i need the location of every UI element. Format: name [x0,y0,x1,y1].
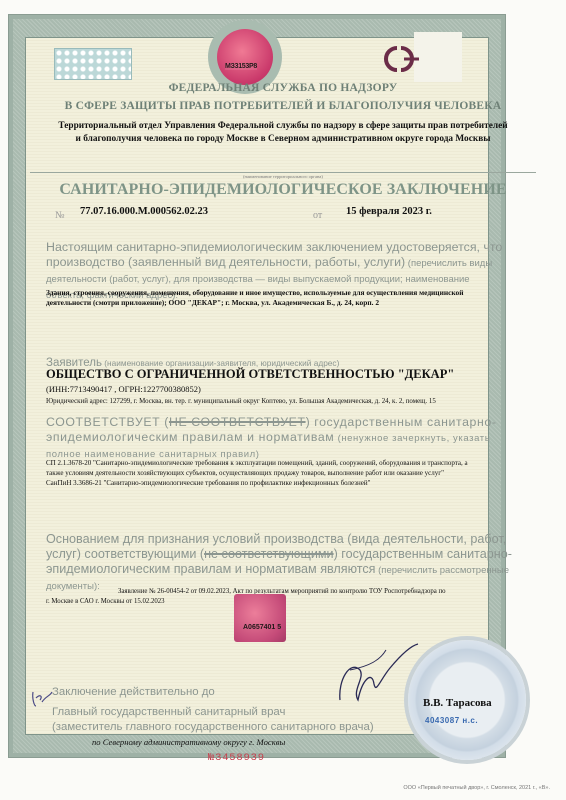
dept-caption: (наименование территориального органа) [0,174,566,179]
security-pattern [54,48,132,80]
signatory-title-deputy: (заместитель главного государственного с… [52,721,374,733]
conformity-statement: СООТВЕТСТВУЕТ (НЕ СООТВЕТСТВУЕТ) государ… [46,415,516,462]
date-label: от [313,210,322,221]
signature-icon [310,640,420,710]
hologram-bottom: А0657401 5 [234,594,286,642]
serial-number: №3458939 [208,752,265,764]
hologram-code: МЗ3153Р8 [225,63,257,70]
printer-footer: ООО «Первый печатный двор», г. Смоленск,… [403,785,550,791]
validity-label: Заключение действительно до [52,686,215,698]
certificate-number: 77.07.16.000.М.000562.02.23 [80,206,208,217]
hologram-emblem-icon: МЗ3153Р8 [217,29,273,85]
agency-title-line1: ФЕДЕРАЛЬНАЯ СЛУЖБА ПО НАДЗОРУ [0,82,566,94]
applicant-ids: (ИНН:7713490417 , ОГРН:1227700380852) [46,384,201,394]
struck-nonconformity: НЕ СООТВЕТСТВУЕТ [169,415,306,429]
document-title: САНИТАРНО-ЭПИДЕМИОЛОГИЧЕСКОЕ ЗАКЛЮЧЕНИЕ [0,181,566,199]
applicant-name: ОБЩЕСТВО С ОГРАНИЧЕННОЙ ОТВЕТСТВЕННОСТЬЮ… [46,367,454,382]
rule-item: также условиям деятельности хозяйствующи… [46,468,516,478]
applicant-legal-address: Юридический адрес: 127299, г. Москва, вн… [46,398,436,405]
se-logo-icon [378,42,424,76]
rule-item: СанПиН 3.3686-21 "Санитарно-эпидемиологи… [46,478,516,488]
agency-title-line2: В СФЕРЕ ЗАЩИТЫ ПРАВ ПОТРЕБИТЕЛЕЙ И БЛАГО… [0,100,566,112]
stamp-code: 4043087 н.с. [425,716,478,725]
department-name: Территориальный отдел Управления Федерал… [0,120,566,145]
sanitary-rules-list: СП 2.1.3678-20 "Санитарно-эпидемиологиче… [46,458,516,488]
signatory-name: В.В. Тарасова [423,697,492,709]
signatory-title: Главный государственный санитарный врач [52,706,285,718]
hologram-bottom-code: А0657401 5 [243,624,281,631]
activity-description: Здания, строения, сооружения, помещения,… [46,288,516,308]
signatory-district: по Северному административному округу г.… [92,737,285,747]
issue-date: 15 февраля 2023 г. [346,206,432,217]
rule-item: СП 2.1.3678-20 "Санитарно-эпидемиологиче… [46,458,516,468]
number-label: № [55,210,65,221]
handwritten-initials-icon [30,688,56,710]
divider [30,172,536,173]
struck-nonconforming: не соответствующими [204,547,333,561]
